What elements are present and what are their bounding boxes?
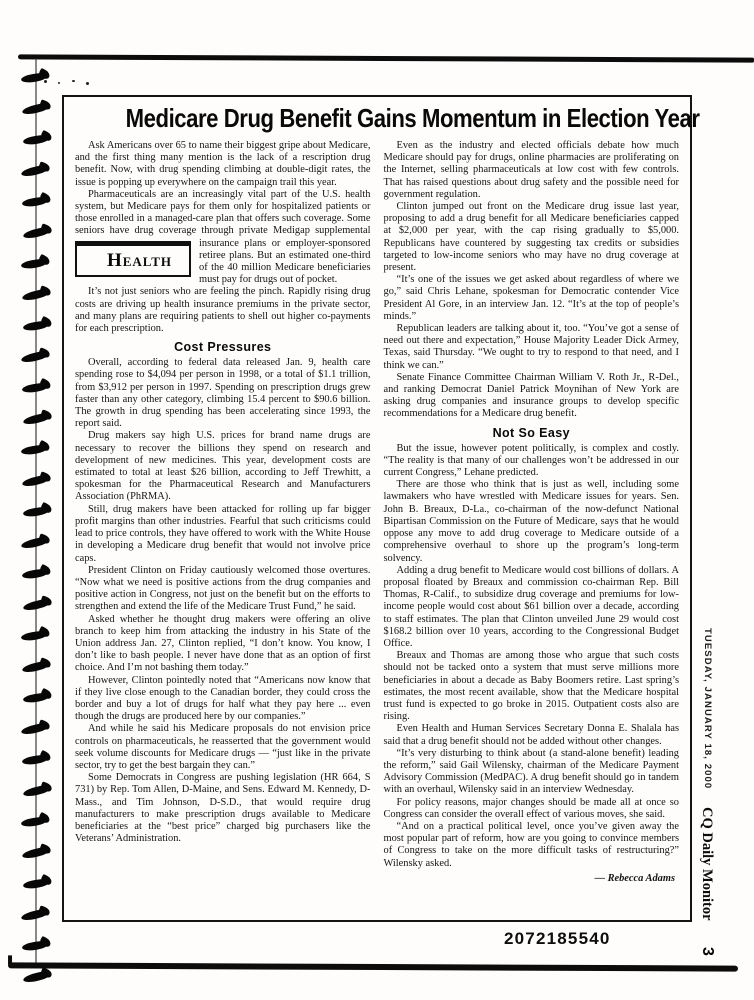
binding-hole — [22, 225, 52, 238]
article-column-2: Even as the industry and elected officia… — [384, 140, 680, 921]
speck — [86, 82, 89, 85]
binding-hole — [22, 783, 52, 796]
binding-hole — [22, 132, 52, 145]
paragraph: Still, drug makers have been attacked fo… — [75, 504, 371, 565]
binding-hole — [22, 504, 52, 517]
paragraph: “It’s one of the issues we get asked abo… — [384, 274, 680, 323]
binding-hole — [20, 535, 50, 548]
byline: — Rebecca Adams — [384, 873, 680, 885]
binding-hole — [21, 659, 51, 672]
paragraph: Asked whether he thought drug makers wer… — [75, 614, 371, 675]
gutter-date: TUESDAY, JANUARY 18, 2000 — [702, 628, 713, 789]
paragraph: Senate Finance Committee Chairman Willia… — [384, 372, 680, 421]
article-box: Medicare Drug Benefit Gains Momentum in … — [62, 95, 692, 922]
binding-hole — [22, 969, 52, 982]
paragraph: Even Health and Human Services Secretary… — [384, 723, 680, 747]
binding-hole — [21, 194, 51, 207]
paragraph: But the issue, however potent politicall… — [384, 443, 680, 480]
binding-hole — [20, 256, 50, 269]
gutter-page-number: 3 — [699, 947, 716, 956]
binding-hole — [20, 721, 50, 734]
paragraph: And while he said his Medicare proposals… — [75, 723, 371, 772]
paragraph: Some Democrats in Congress are pushing l… — [75, 772, 371, 845]
article-title-row: Medicare Drug Benefit Gains Momentum in … — [75, 103, 679, 139]
binding-hole — [21, 845, 51, 858]
binding-hole — [21, 566, 51, 579]
binding-hole — [21, 473, 51, 486]
binding-hole — [22, 411, 52, 424]
binding-hole — [21, 101, 51, 114]
paragraph: Republican leaders are talking about it,… — [384, 323, 680, 372]
binding-hole — [20, 163, 50, 176]
paragraph: Even as the industry and elected officia… — [384, 140, 680, 201]
paragraph: There are those who think that is just a… — [384, 479, 680, 564]
binding-hole — [21, 938, 51, 951]
paragraph: Ask Americans over 65 to name their bigg… — [75, 140, 371, 189]
gutter-publication: CQ Daily Monitor — [699, 807, 715, 921]
scan-number: 2072185540 — [504, 929, 611, 949]
paragraph: Clinton jumped out front on the Medicare… — [384, 201, 680, 274]
binding-hole — [21, 380, 51, 393]
paragraph: For policy reasons, major changes should… — [384, 797, 680, 821]
paragraph: President Clinton on Friday cautiously w… — [75, 565, 371, 614]
binding-hole — [20, 628, 50, 641]
article-column-1: Ask Americans over 65 to name their bigg… — [75, 140, 371, 921]
binding-hole — [22, 318, 52, 331]
binding-hole — [20, 814, 50, 827]
binding-hole — [22, 597, 52, 610]
paragraph: It’s not just seniors who are feeling th… — [75, 286, 371, 335]
binding-hole — [20, 907, 50, 920]
paragraph: Adding a drug benefit to Medicare would … — [384, 565, 680, 650]
speck — [72, 80, 75, 82]
paragraph: Pharmaceuticals are an increasingly vita… — [75, 189, 371, 287]
section-heading-cost-pressures: Cost Pressures — [75, 340, 371, 354]
top-scan-rule — [18, 54, 754, 62]
binding-hole — [20, 70, 50, 83]
article-columns: Ask Americans over 65 to name their bigg… — [75, 140, 679, 921]
health-kicker-label: Health — [94, 251, 172, 270]
binding-hole — [22, 690, 52, 703]
scanned-page: Medicare Drug Benefit Gains Momentum in … — [0, 0, 754, 1000]
binding-hole — [20, 349, 50, 362]
paragraph: “It’s very disturbing to think about (a … — [384, 748, 680, 797]
paragraph: Drug makers say high U.S. prices for bra… — [75, 430, 371, 503]
spiral-binding — [0, 0, 60, 1000]
paragraph: “And on a practical political level, onc… — [384, 821, 680, 870]
binding-hole — [21, 752, 51, 765]
article-title: Medicare Drug Benefit Gains Momentum in … — [126, 103, 700, 134]
bottom-scan-rule — [8, 962, 738, 971]
health-kicker-box: Health — [75, 241, 191, 277]
section-heading-not-so-easy: Not So Easy — [384, 426, 680, 440]
paragraph: Overall, according to federal data relea… — [75, 357, 371, 430]
right-gutter: TUESDAY, JANUARY 18, 2000 CQ Daily Monit… — [698, 628, 716, 958]
binding-hole — [21, 287, 51, 300]
binding-hole — [22, 876, 52, 889]
paragraph: However, Clinton pointedly noted that “A… — [75, 675, 371, 724]
paragraph: Breaux and Thomas are among those who ar… — [384, 650, 680, 723]
binding-hole — [20, 442, 50, 455]
